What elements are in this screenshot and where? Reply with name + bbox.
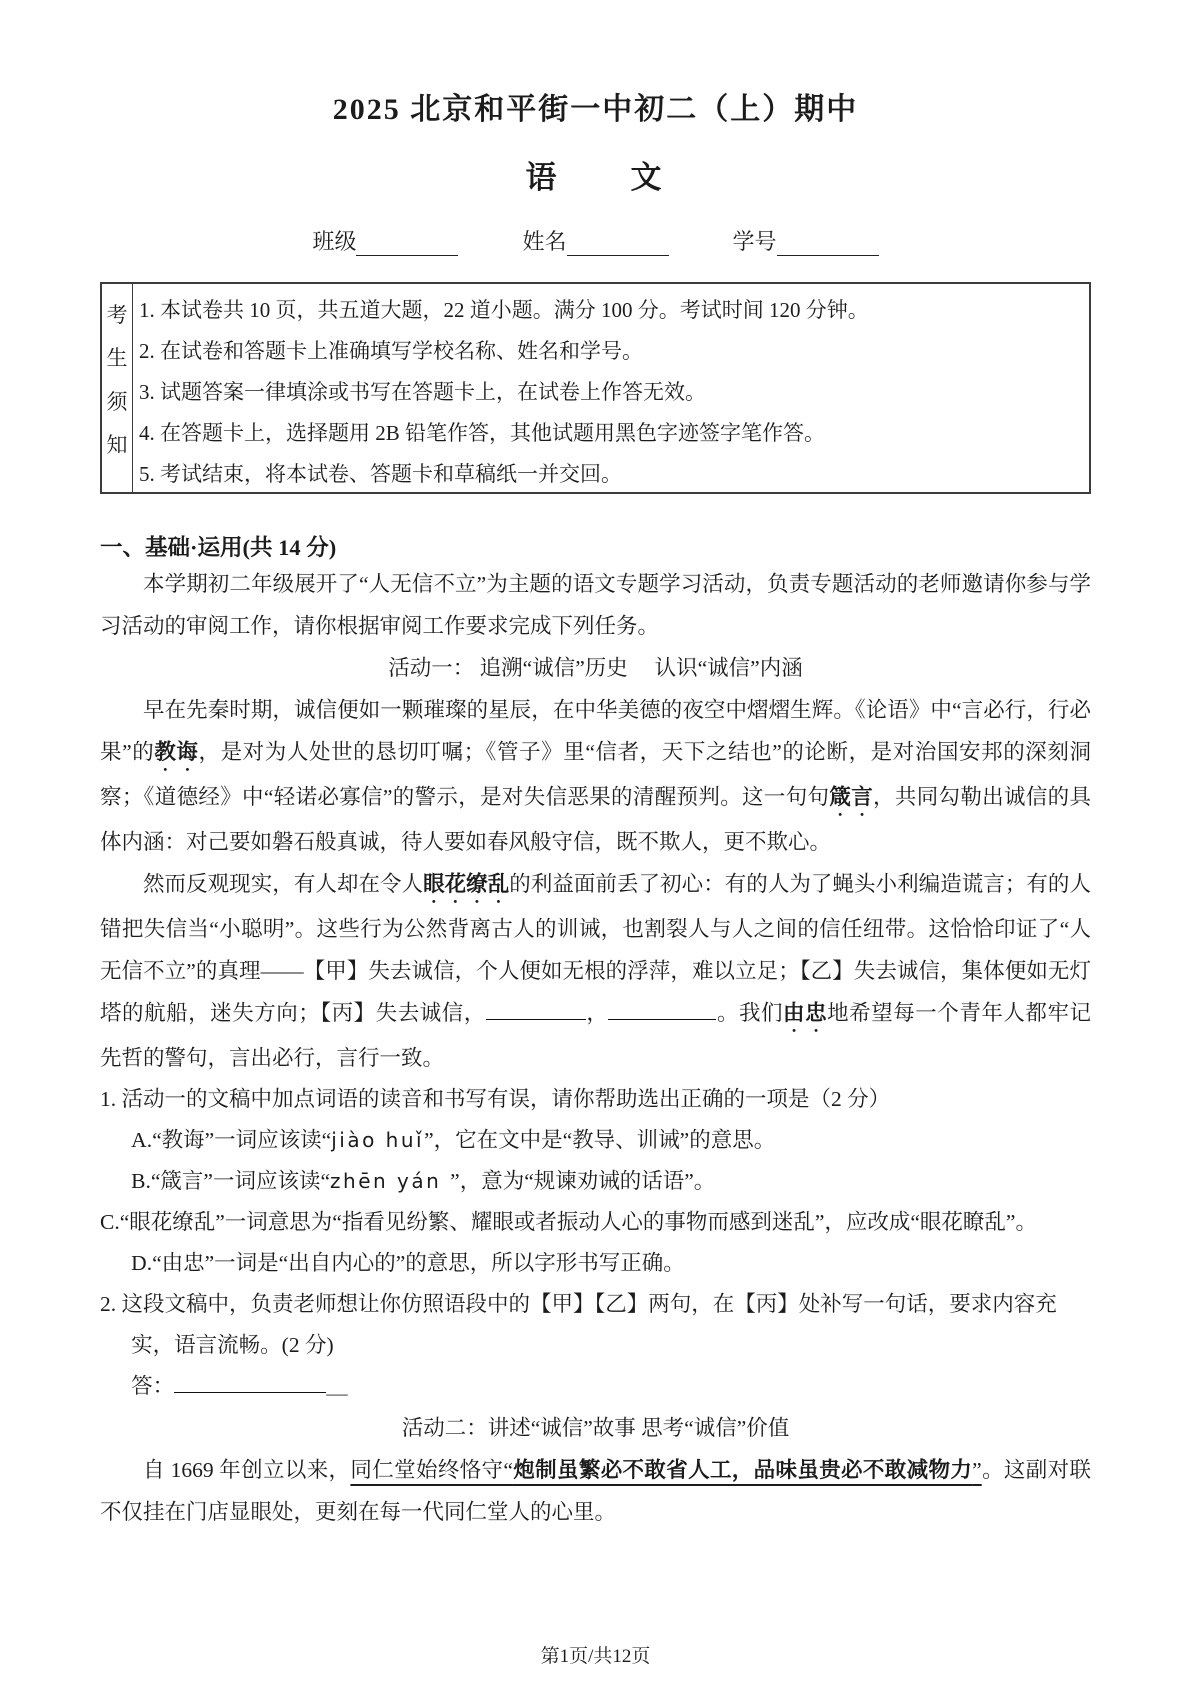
name-field: 姓名	[522, 225, 668, 256]
question-1-option-a: A.“教诲”一词应该读“jiào huǐ”，它在文中是“教导、训诫”的意思。	[100, 1120, 1091, 1161]
dotted-word-youzhong: 由忠	[783, 1001, 827, 1025]
activity1-title: 活动一： 追溯“诚信”历史 认识“诚信”内涵	[100, 647, 1091, 689]
question-1-option-b: B.“箴言”一词应该读“zhēn yán ”，意为“规谏劝诫的话语”。	[100, 1161, 1091, 1202]
notice-item: 5. 考试结束，将本试卷、答题卡和草稿纸一并交回。	[139, 454, 1079, 495]
id-blank	[777, 232, 879, 256]
question-1-option-c: C.“眼花缭乱”一词意思为“指看见纷繁、耀眼或者振动人心的事物而感到迷乱”，应改…	[100, 1202, 1091, 1243]
page-number: 第1页/共12页	[0, 1641, 1191, 1668]
student-info-row: 班级 姓名 学号	[100, 225, 1091, 256]
answer-tail: ＿	[326, 1374, 348, 1398]
question-2-stem: 2. 这段文稿中，负责老师想让你仿照语段中的【甲】【乙】两句，在【丙】处补写一句…	[100, 1284, 1091, 1366]
notice-side-char: 知	[107, 429, 128, 459]
id-field: 学号	[733, 225, 879, 256]
dotted-word-jiaohui: 教诲	[154, 740, 198, 764]
name-blank	[567, 232, 669, 256]
pinyin-jiaohui: jiào huǐ	[331, 1128, 424, 1152]
class-blank	[356, 232, 458, 256]
exam-title: 2025 北京和平街一中初二（上）期中	[100, 0, 1091, 128]
fill-blank-bing-2	[608, 1000, 716, 1020]
underlined-run: ”	[972, 1458, 982, 1482]
dotted-word-yanhualiaoluan: 眼花缭乱	[423, 872, 509, 896]
text-run: 自 1669 年创立以来，	[143, 1458, 350, 1482]
pinyin-zhenyan: zhēn yán	[330, 1169, 450, 1193]
underlined-run: 同仁堂始终恪守“	[350, 1458, 513, 1482]
class-field: 班级	[312, 225, 458, 256]
dotted-word-zhenyan: 箴言	[829, 785, 873, 809]
examinee-notice-box: 考 生 须 知 1. 本试卷共 10 页，共五道大题，22 道小题。满分 100…	[100, 282, 1091, 494]
notice-side-char: 生	[107, 342, 128, 372]
name-label: 姓名	[522, 225, 566, 256]
notice-item: 1. 本试卷共 10 页，共五道大题，22 道小题。满分 100 分。考试时间 …	[139, 290, 1079, 331]
question-1-option-d: D.“由忠”一词是“出自内心的”的意思，所以字形书写正确。	[100, 1243, 1091, 1284]
text-run: ”，它在文中是“教导、训诫”的意思。	[424, 1128, 775, 1152]
notice-item: 3. 试题答案一律填涂或书写在答题卡上，在试卷上作答无效。	[139, 372, 1079, 413]
paragraph-tongrentang: 自 1669 年创立以来，同仁堂始终恪守“炮制虽繁必不敢省人工，品味虽贵必不敢减…	[100, 1449, 1091, 1533]
intro-paragraph: 本学期初二年级展开了“人无信不立”为主题的语文专题学习活动，负责专题活动的老师邀…	[100, 563, 1091, 647]
paragraph-reality: 然而反观现实，有人却在令人眼花缭乱的利益面前丢了初心：有的人为了蝇头小利编造谎言…	[100, 863, 1091, 1079]
text-run: A.“教诲”一词应该读“	[131, 1128, 331, 1152]
section-heading-basics: 一、基础·运用(共 14 分)	[100, 530, 1091, 562]
activity2-title: 活动二：讲述“诚信”故事 思考“诚信”价值	[100, 1407, 1091, 1449]
notice-item: 4. 在答题卡上，选择题用 2B 铅笔作答，其他试题用黑色字迹签字笔作答。	[139, 413, 1079, 454]
answer-blank	[174, 1373, 326, 1393]
subject-title: 语 文	[100, 152, 1091, 197]
id-label: 学号	[733, 225, 777, 256]
underlined-couplet: 炮制虽繁必不敢省人工，品味虽贵必不敢减物力	[513, 1458, 972, 1482]
answer-line: 答：＿	[100, 1366, 1091, 1407]
text-run: ”，意为“规谏劝诫的话语”。	[450, 1169, 715, 1193]
paragraph-chengxin-history: 早在先秦时期，诚信便如一颗璀璨的星辰，在中华美德的夜空中熠熠生辉。《论语》中“言…	[100, 689, 1091, 863]
text-run: ，	[586, 1001, 609, 1025]
text-run: B.“箴言”一词应该读“	[131, 1169, 330, 1193]
text-run: 。我们	[716, 1001, 783, 1025]
class-label: 班级	[312, 225, 356, 256]
fill-blank-bing-1	[486, 1000, 586, 1020]
notice-side-label: 考 生 须 知	[102, 284, 133, 492]
notice-items: 1. 本试卷共 10 页，共五道大题，22 道小题。满分 100 分。考试时间 …	[133, 284, 1089, 492]
question-1-stem: 1. 活动一的文稿中加点词语的读音和书写有误，请你帮助选出正确的一项是（2 分）	[100, 1079, 1091, 1120]
exam-page: 2025 北京和平街一中初二（上）期中 语 文 班级 姓名 学号 考 生 须 知…	[0, 0, 1191, 1684]
text-run: 然而反观现实，有人却在令人	[143, 872, 423, 896]
notice-side-char: 考	[107, 299, 128, 329]
notice-item: 2. 在试卷和答题卡上准确填写学校名称、姓名和学号。	[139, 331, 1079, 372]
notice-side-char: 须	[107, 386, 128, 416]
answer-label: 答：	[131, 1374, 174, 1398]
